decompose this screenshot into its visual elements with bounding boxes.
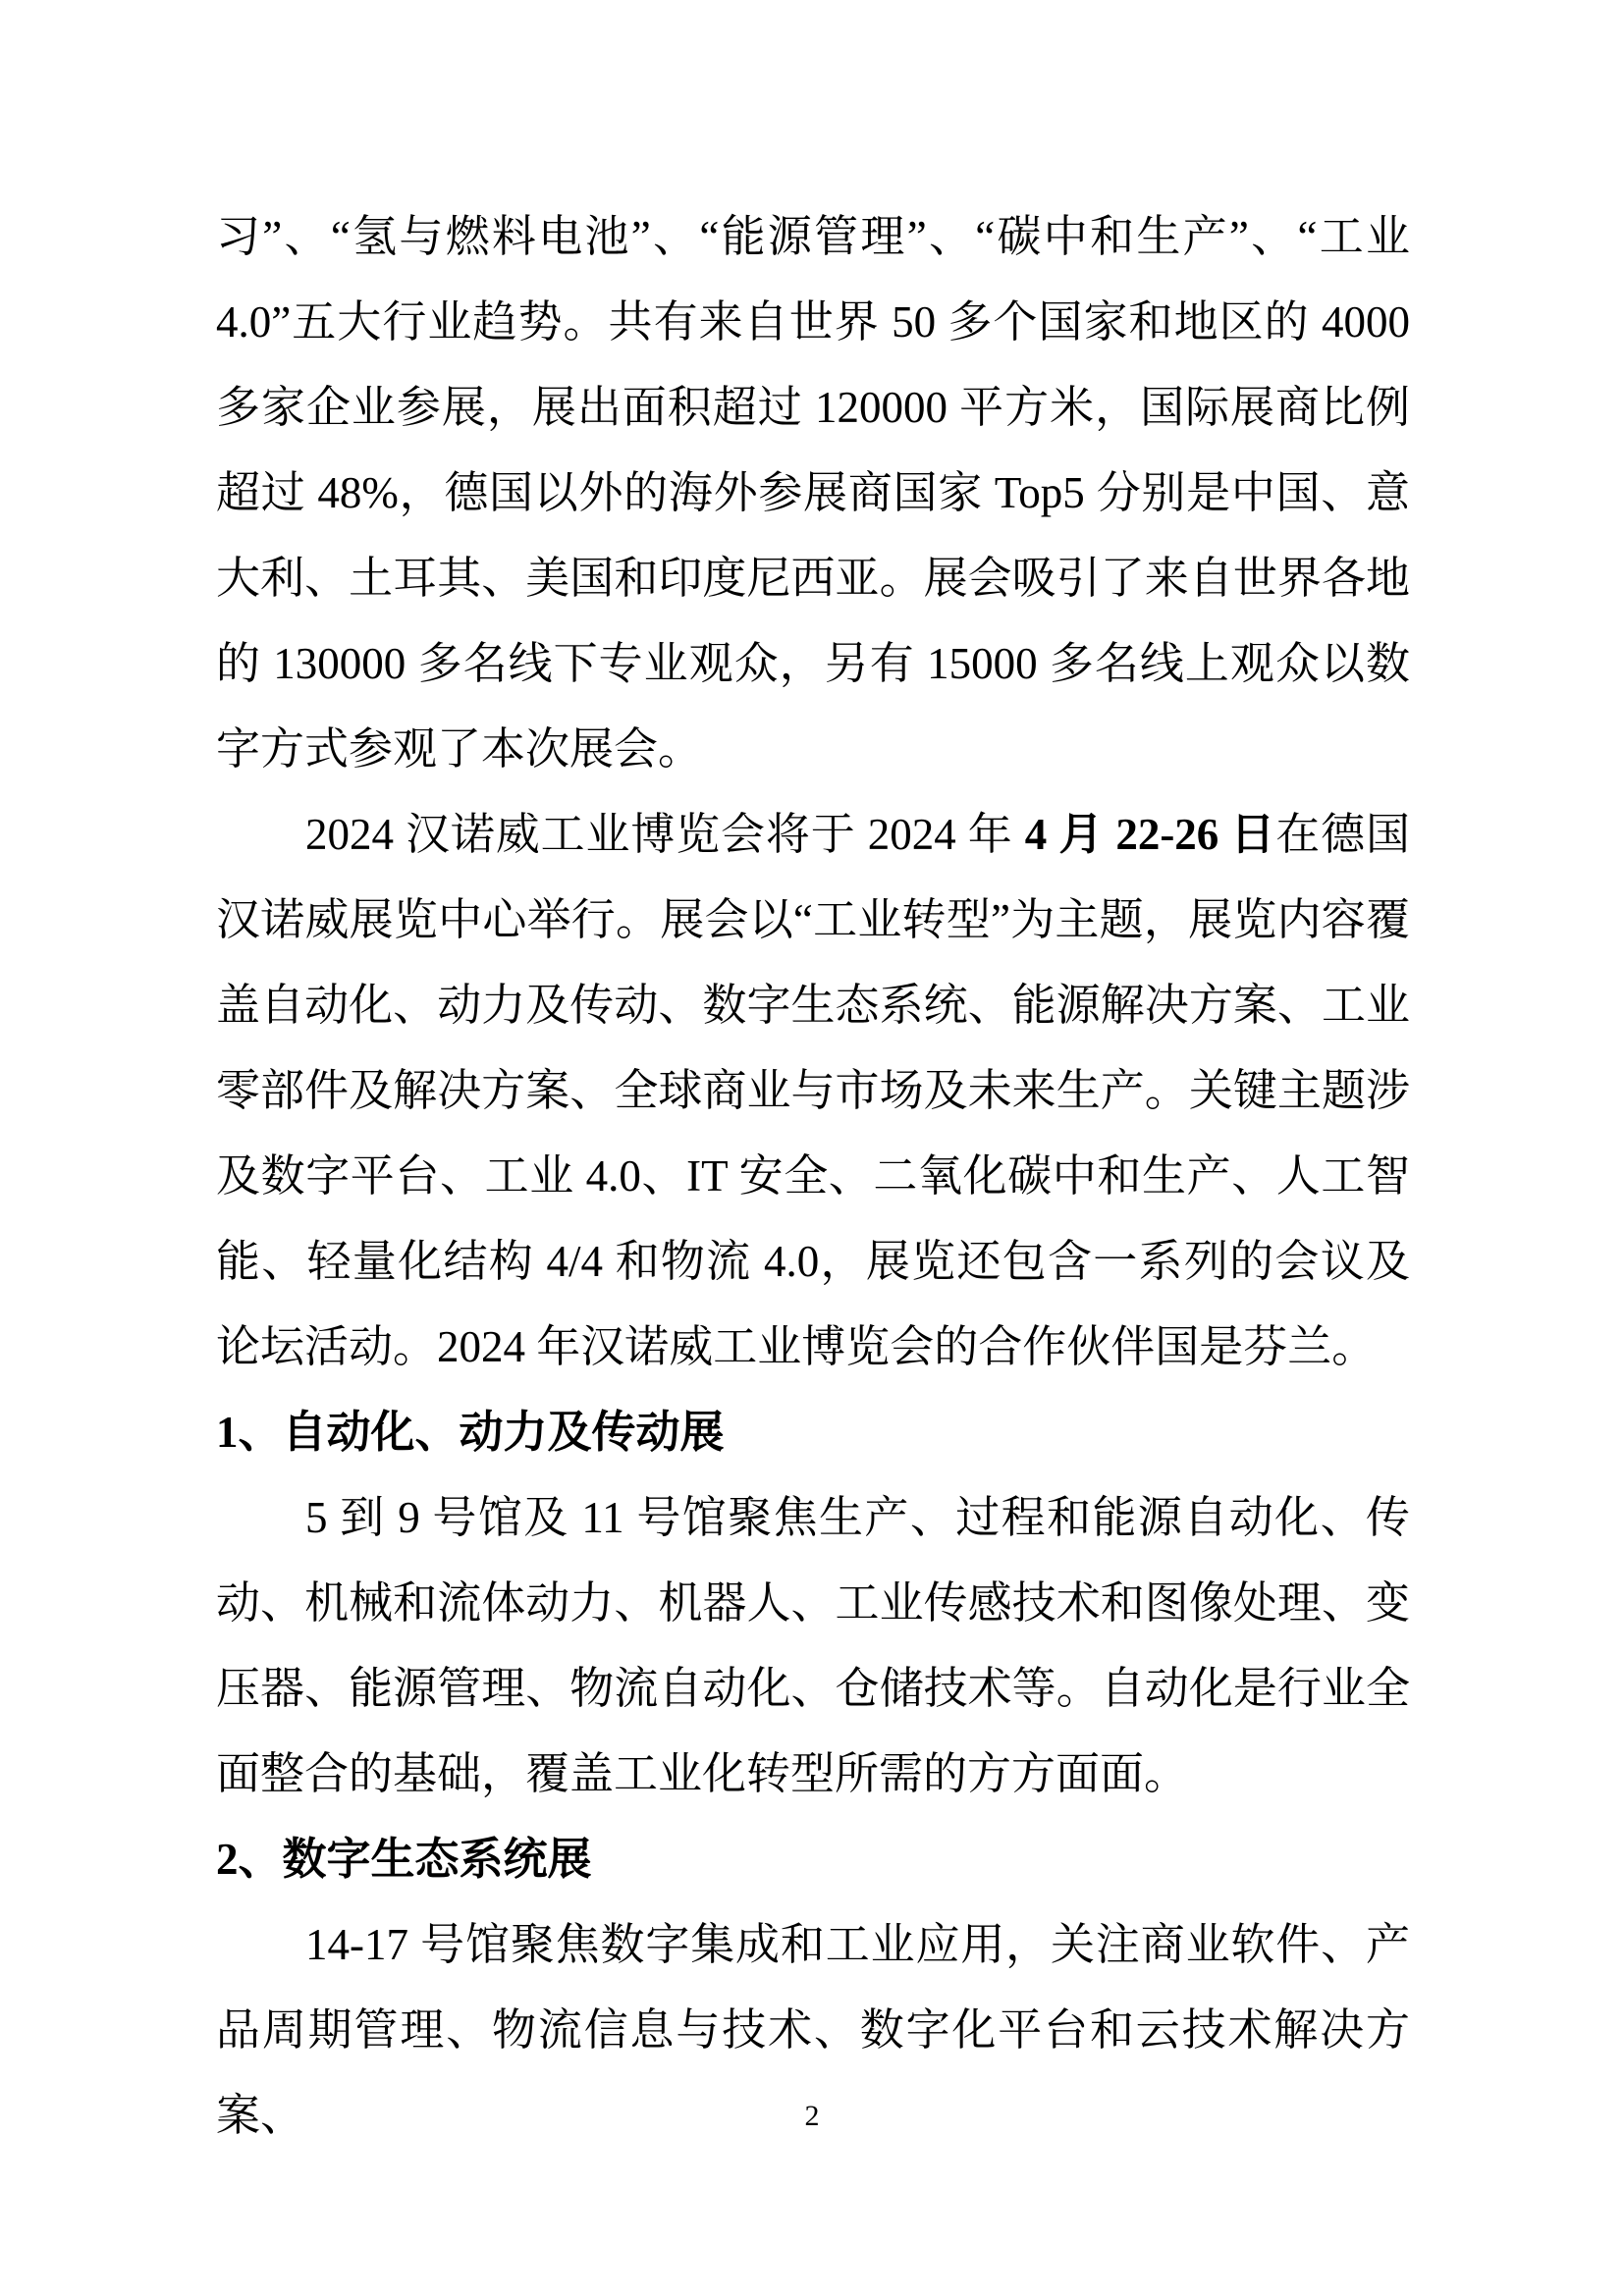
heading-automation-power-transmission: 1、自动化、动力及传动展 [216, 1390, 1410, 1475]
paragraph-automation-halls: 5 到 9 号馆及 11 号馆聚焦生产、过程和能源自动化、传动、机械和流体动力、… [216, 1475, 1410, 1817]
heading-digital-ecosystem: 2、数字生态系统展 [216, 1817, 1410, 1902]
overview-text-before-date: 2024 汉诺威工业博览会将于 2024 年 [305, 810, 1025, 859]
document-body: 习”、“氢与燃料电池”、“能源管理”、“碳中和生产”、“工业 4.0”五大行业趋… [216, 194, 1410, 2159]
paragraph-industry-trends: 习”、“氢与燃料电池”、“能源管理”、“碳中和生产”、“工业 4.0”五大行业趋… [216, 194, 1410, 792]
document-page: 习”、“氢与燃料电池”、“能源管理”、“碳中和生产”、“工业 4.0”五大行业趋… [0, 0, 1624, 2296]
paragraph-expo-overview: 2024 汉诺威工业博览会将于 2024 年 4 月 22-26 日在德国汉诺威… [216, 792, 1410, 1390]
page-number: 2 [0, 2097, 1624, 2136]
overview-date-bold-run: 4 月 22-26 日 [1025, 810, 1276, 859]
overview-text-after-date: 在德国汉诺威展览中心举行。展会以“工业转型”为主题，展览内容覆盖自动化、动力及传… [216, 810, 1410, 1371]
